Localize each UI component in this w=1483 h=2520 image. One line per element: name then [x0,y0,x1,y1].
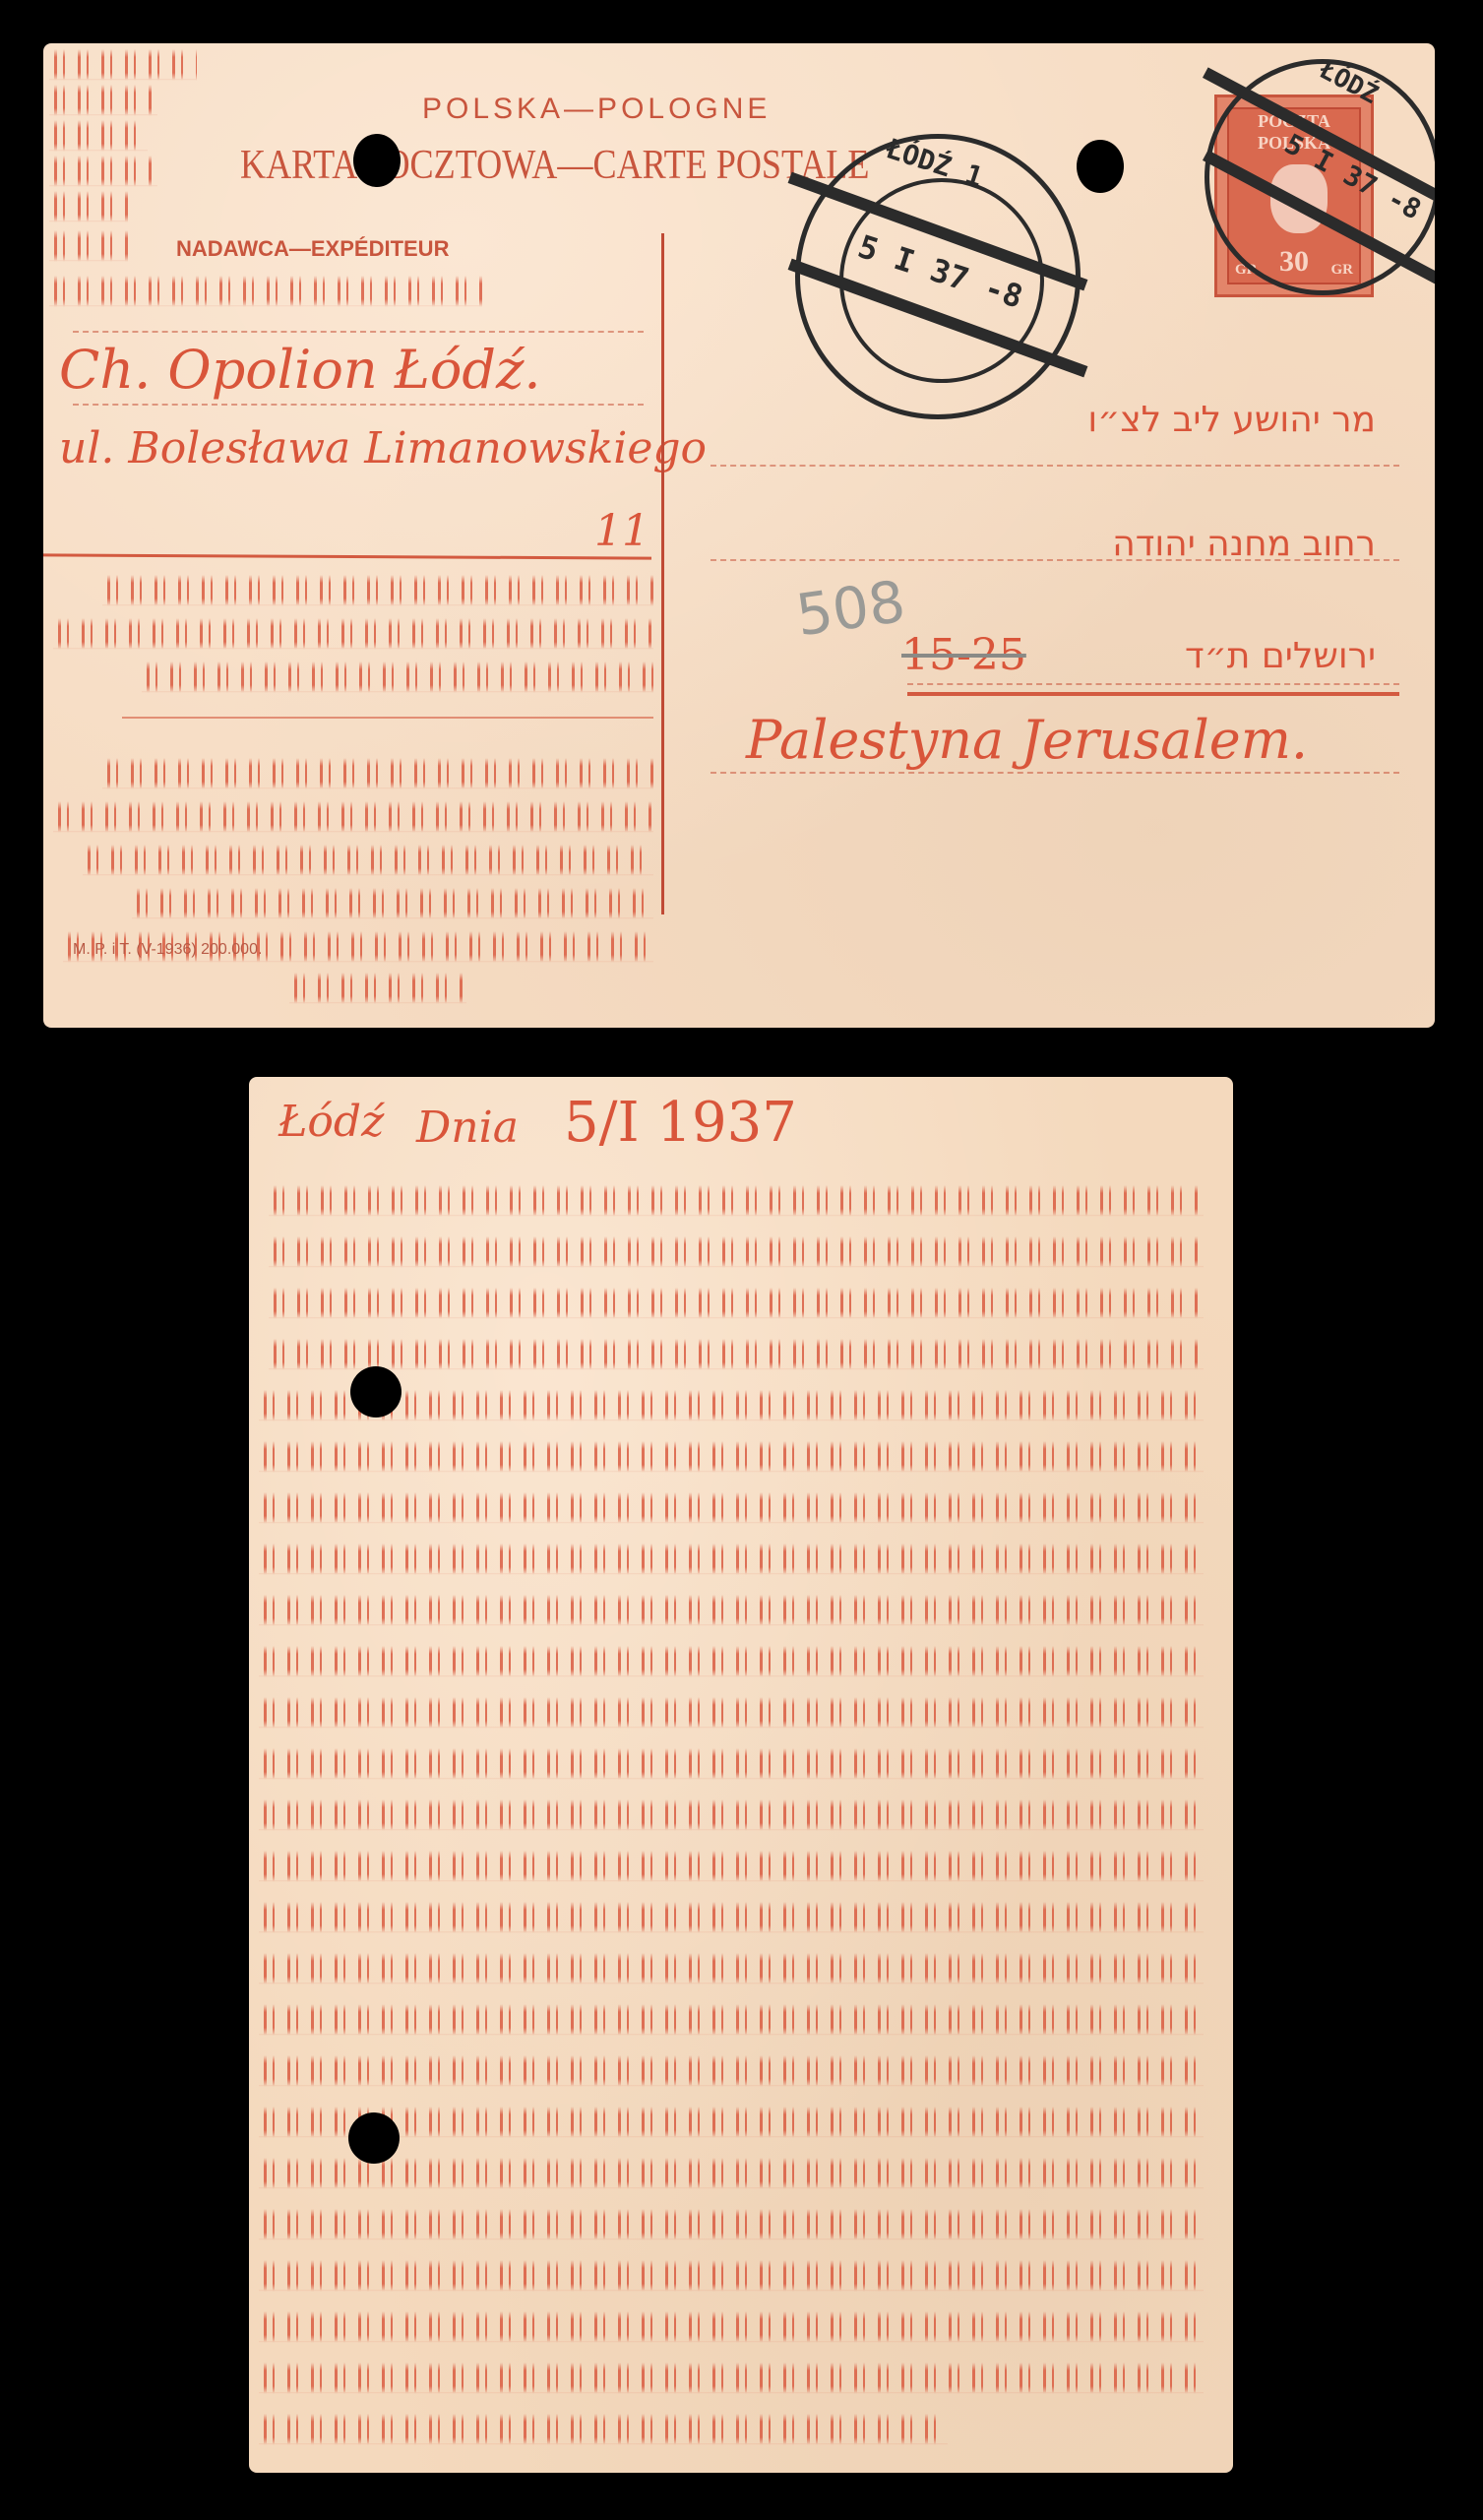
postcard-front: POLSKA—POLOGNE KARTA POCZTOWA—CARTE POST… [43,43,1435,1028]
handwritten-letter-line [259,2107,1204,2138]
postmark-center-icon: ŁÓDŹ 1 5 I 37 -8 [795,134,1081,419]
handwritten-margin-line [49,49,197,81]
handwritten-margin-line [49,191,128,222]
handwritten-letter-line [259,2209,1204,2240]
postcard-back: Łódź Dnia 5/I 1937 [249,1077,1233,2473]
handwritten-letter-line [269,1339,1204,1370]
country-heading: POLSKA—POLOGNE [422,93,771,126]
handwritten-letter-line [259,2004,1204,2036]
recipient-city: ירושלים ת״ד [1185,636,1376,676]
handwritten-message-line [102,575,653,606]
sender-label: NADAWCA—EXPÉDITEUR [176,236,449,262]
postmark-city: ŁÓDŹ [1315,55,1383,110]
vertical-divider [661,233,664,914]
handwritten-letter-line [259,2055,1204,2087]
handwritten-letter-line [259,2158,1204,2189]
letter-place: Łódź [278,1097,384,1147]
recipient-name: מר יהושע ליב לצ״ו [1087,400,1376,440]
handwritten-letter-line [259,2260,1204,2292]
address-line [711,772,1399,774]
handwritten-letter-line [259,2414,948,2445]
city-underline [907,692,1399,696]
handwritten-letter-line [259,1595,1204,1626]
handwritten-message-line [53,618,653,650]
handwritten-letter-line [259,1441,1204,1473]
handwritten-message-line [289,973,466,1004]
sender-street: ul. Bolesława Limanowskiego [59,423,707,473]
address-line [711,559,1399,561]
letter-date: 5/I 1937 [564,1091,797,1155]
punch-hole [353,134,401,187]
postmark-cancellation-icon: ŁÓDŹ 5 I 37 -8 [1205,59,1435,295]
sender-house-number: 11 [594,506,649,556]
handwritten-letter-line [259,1902,1204,1933]
handwritten-letter-line [259,2311,1204,2343]
address-line [711,465,1399,467]
card-title: KARTA POCZTOWA—CARTE POSTALE [240,142,869,189]
handwritten-letter-line [259,1543,1204,1575]
handwritten-margin-line [49,230,128,262]
pencil-note: 508 [792,568,909,650]
handwritten-letter-line [259,1851,1204,1882]
handwritten-letter-line [259,1492,1204,1524]
handwritten-letter-line [269,1236,1204,1268]
handwritten-letter-line [259,1697,1204,1729]
handwritten-letter-line [259,1748,1204,1780]
address-line [73,404,644,406]
punch-hole [350,1366,402,1417]
handwritten-letter-line [259,1646,1204,1677]
handwritten-message-line [132,888,653,919]
recipient-street: רחוב מחנה יהודה [1112,524,1376,564]
handwritten-letter-line [259,2362,1204,2394]
handwritten-margin-line [49,120,148,152]
punch-hole [348,2112,400,2164]
handwritten-message-line [53,801,653,833]
printer-imprint: M. P. i T. (V-1936) 200.000. [73,941,262,959]
recipient-country: Palestyna Jerusalem. [746,709,1308,771]
handwritten-margin-line [49,276,482,307]
sender-name: Ch. Opolion Łódź. [59,339,541,401]
handwritten-message-line [83,845,653,876]
handwritten-margin-line [49,156,157,187]
sender-underline [43,553,651,559]
handwritten-margin-line [49,85,157,116]
handwritten-letter-line [269,1288,1204,1319]
recipient-po-box: 15-25 [901,630,1026,680]
handwritten-message-line [142,661,653,693]
message-divider [122,717,653,719]
address-line [73,331,644,333]
handwritten-message-line [102,758,653,789]
address-line [907,683,1399,685]
handwritten-letter-line [259,1799,1204,1831]
handwritten-letter-line [269,1185,1204,1217]
letter-date-label: Dnia [416,1102,519,1153]
handwritten-letter-line [259,1953,1204,1984]
punch-hole [1077,140,1124,193]
